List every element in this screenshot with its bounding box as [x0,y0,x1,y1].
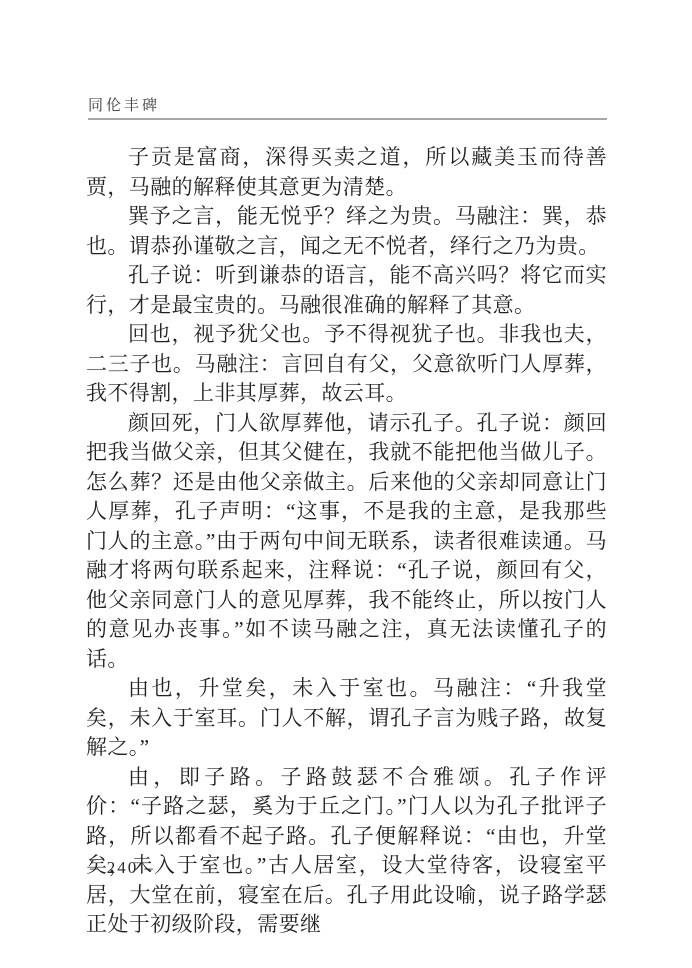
paragraph: 由也，升堂矣，未入于室也。马融注：“升我堂矣，未入于室耳。门人不解，谓孔子言为贱… [86,674,607,763]
paragraph: 回也，视予犹父也。予不得视犹子也。非我也夫，二三子也。马融注：言回自有父，父意欲… [86,320,607,409]
body-text: 子贡是富商，深得买卖之道，所以藏美玉而待善贾，马融的解释使其意更为清楚。 巽予之… [86,143,607,940]
running-header-title: 同伦丰碑 [88,94,160,115]
book-page: 同伦丰碑 子贡是富商，深得买卖之道，所以藏美玉而待善贾，马融的解释使其意更为清楚… [0,0,692,968]
paragraph: 由，即子路。子路鼓瑟不合雅颂。孔子作评价：“子路之瑟，奚为于丘之门。”门人以为孔… [86,763,607,940]
paragraph: 孔子说：听到谦恭的语言，能不高兴吗？将它而实行，才是最宝贵的。马融很准确的解释了… [86,261,607,320]
header-divider [88,118,607,120]
paragraph: 颜回死，门人欲厚葬他，请示孔子。孔子说：颜回把我当做父亲，但其父健在，我就不能把… [86,409,607,675]
paragraph: 巽予之言，能无悦乎？绎之为贵。马融注：巽，恭也。谓恭孙谨敬之言，闻之无不悦者，绎… [86,202,607,261]
page-number: – 240 – [90,858,155,878]
paragraph: 子贡是富商，深得买卖之道，所以藏美玉而待善贾，马融的解释使其意更为清楚。 [86,143,607,202]
